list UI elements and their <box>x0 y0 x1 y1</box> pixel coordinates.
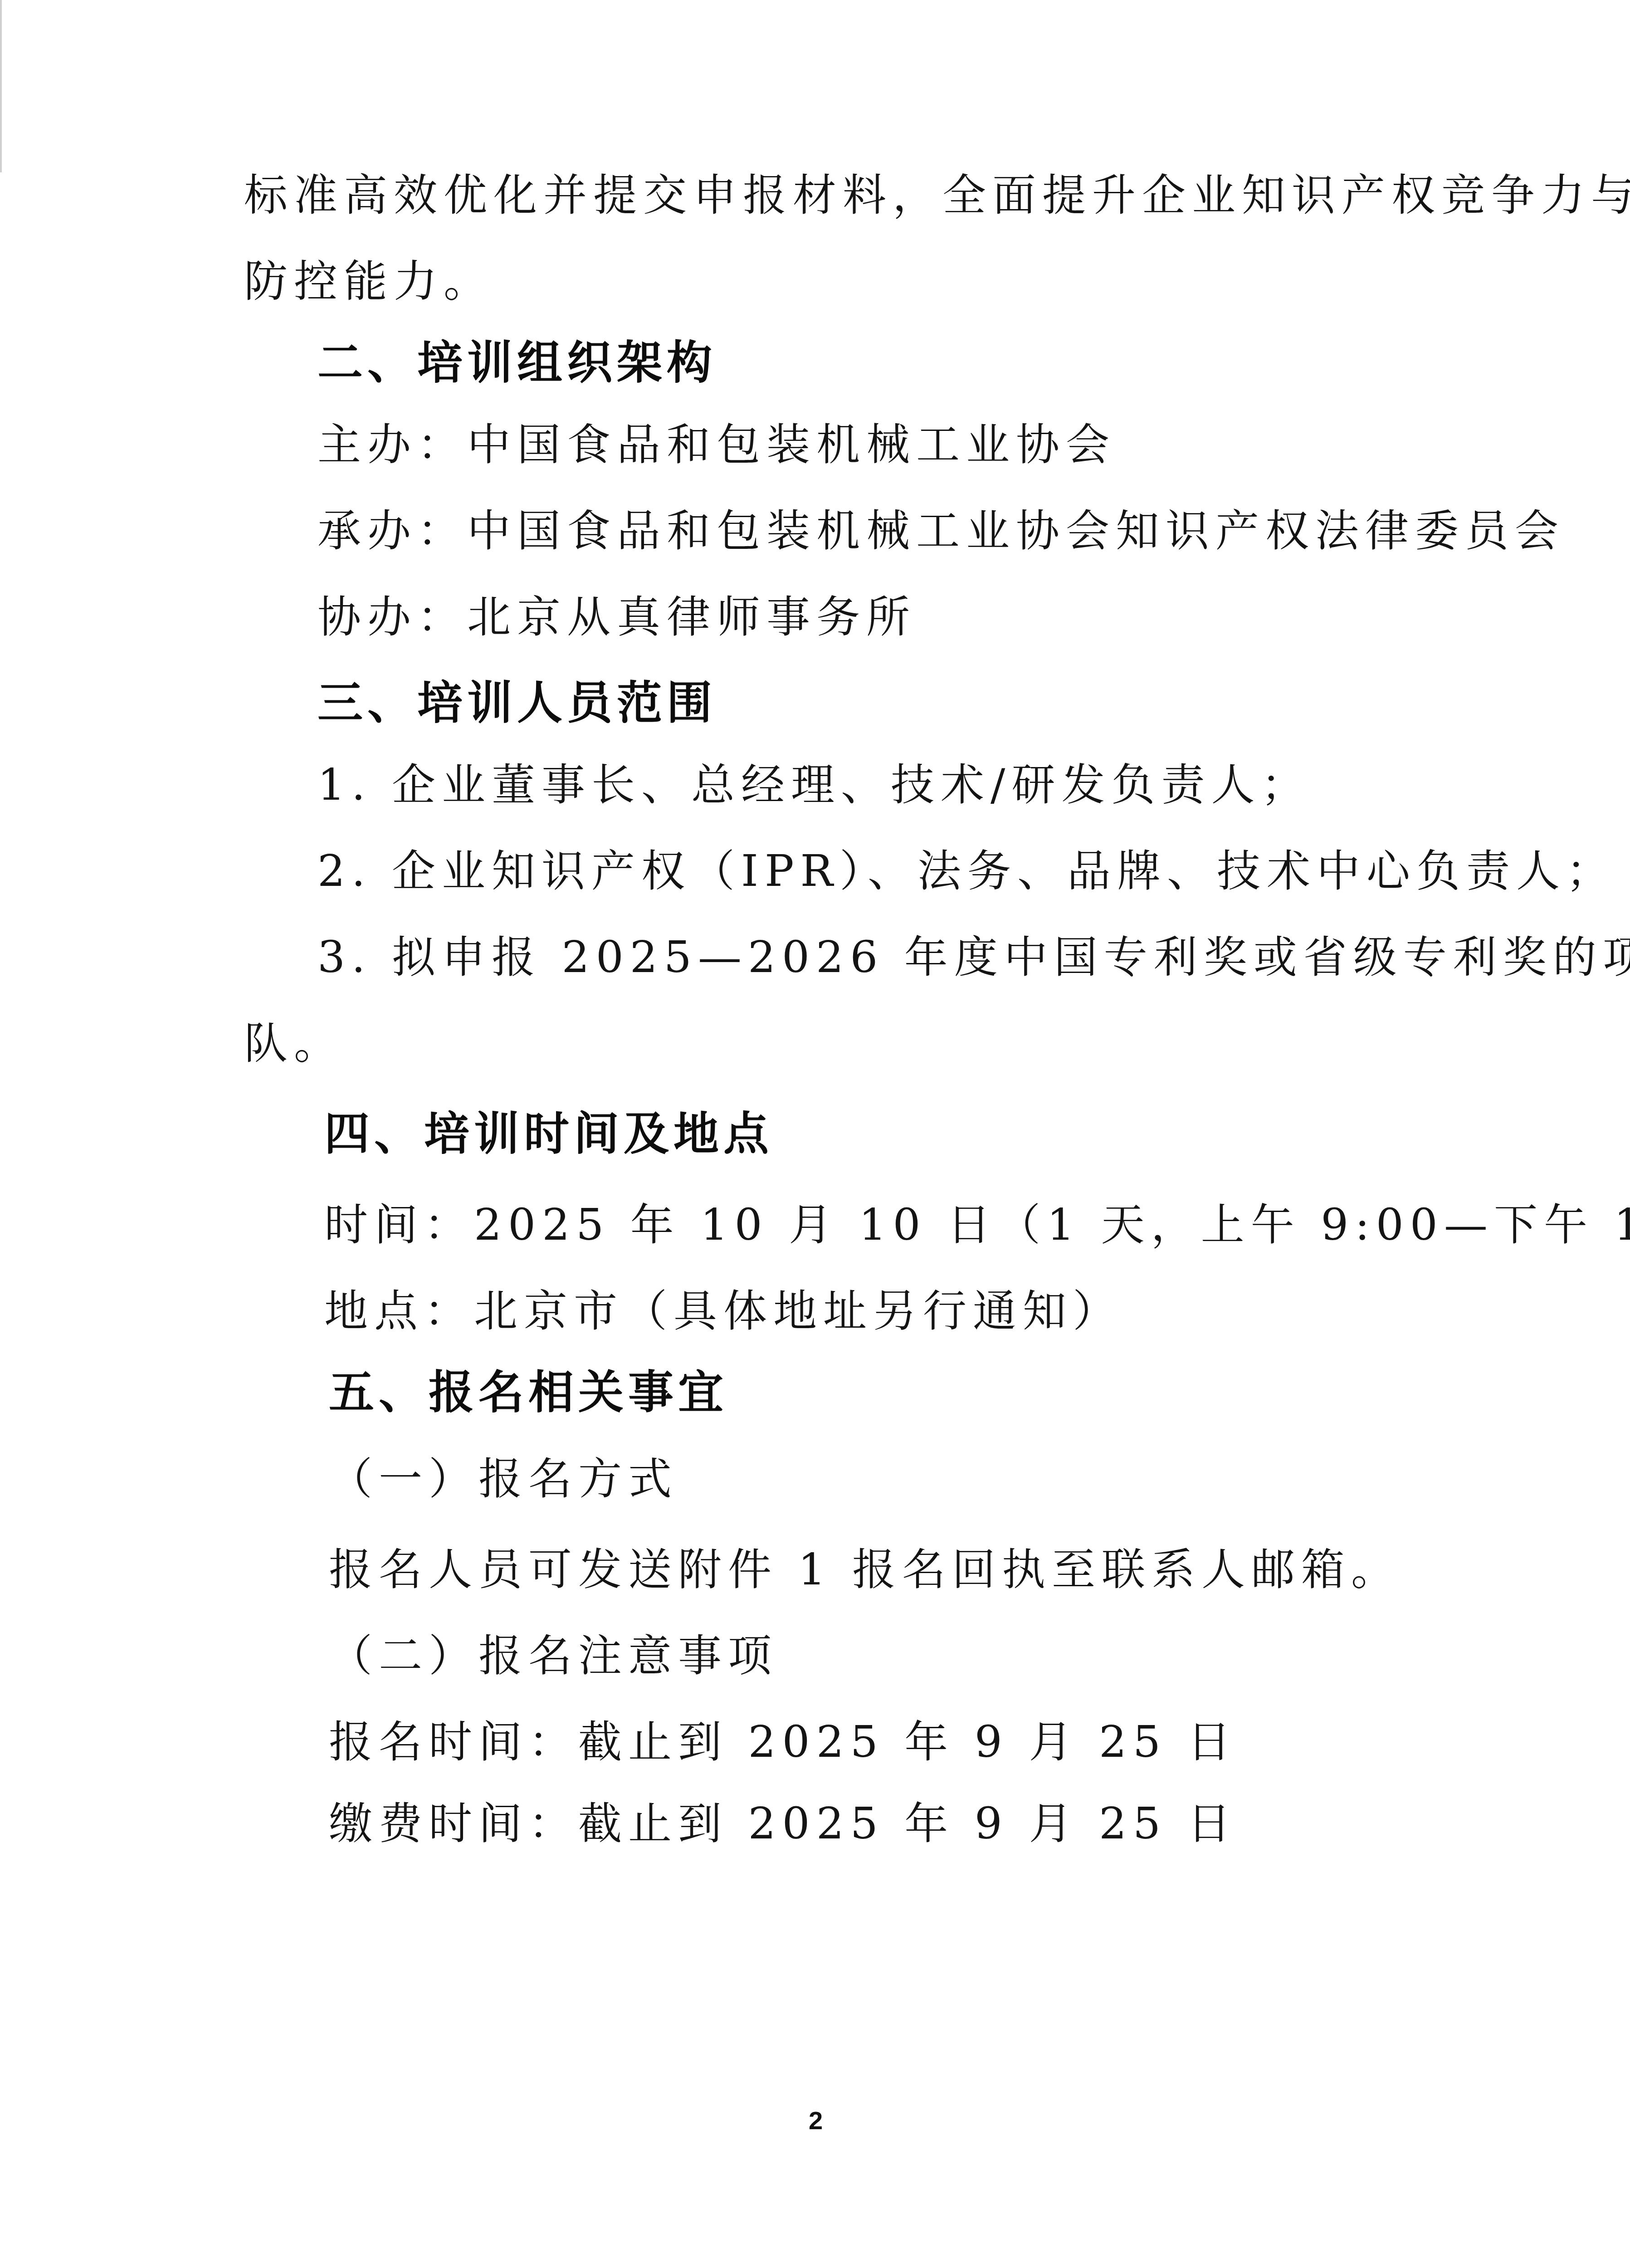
section-heading-participants: 三、培训人员范围 <box>317 676 717 730</box>
participant-item-3-continued: 队。 <box>244 1016 344 1070</box>
intro-paragraph-line-2: 防控能力。 <box>244 254 493 308</box>
training-location: 地点：北京市（具体地址另行通知） <box>324 1284 1122 1338</box>
section-heading-registration: 五、报名相关事宜 <box>329 1365 728 1420</box>
payment-deadline: 缴费时间：截止到 2025 年 9 月 25 日 <box>329 1796 1237 1851</box>
organizer-host: 主办：中国食品和包装机械工业协会 <box>317 417 1116 472</box>
registration-deadline: 报名时间：截止到 2025 年 9 月 25 日 <box>329 1715 1237 1769</box>
training-time: 时间：2025 年 10 月 10 日（1 天，上午 9:00—下午 17:30… <box>324 1198 1630 1252</box>
intro-paragraph-line-1: 标准高效优化并提交申报材料，全面提升企业知识产权竞争力与风险 <box>244 168 1630 222</box>
section-heading-organization: 二、培训组织架构 <box>317 336 717 390</box>
page-number: 2 <box>809 2105 823 2136</box>
organizer-undertaker: 承办：中国食品和包装机械工业协会知识产权法律委员会 <box>317 503 1565 558</box>
document-page: 标准高效优化并提交申报材料，全面提升企业知识产权竞争力与风险 防控能力。 二、培… <box>0 0 1630 2268</box>
subsection-registration-method: （一）报名方式 <box>329 1452 678 1506</box>
section-heading-time-location: 四、培训时间及地点 <box>324 1107 773 1161</box>
registration-method-text: 报名人员可发送附件 1 报名回执至联系人邮箱。 <box>329 1542 1401 1597</box>
organizer-co-organizer: 协办：北京从真律师事务所 <box>317 590 916 644</box>
scan-edge-mark <box>0 0 2 172</box>
participant-item-1: 1. 企业董事长、总经理、技术/研发负责人； <box>317 758 1311 812</box>
participant-item-3: 3. 拟申报 2025—2026 年度中国专利奖或省级专利奖的项目团 <box>317 930 1630 984</box>
participant-item-2: 2. 企业知识产权（IPR）、法务、品牌、技术中心负责人； <box>317 844 1616 898</box>
subsection-registration-notes: （二）报名注意事项 <box>329 1628 778 1683</box>
